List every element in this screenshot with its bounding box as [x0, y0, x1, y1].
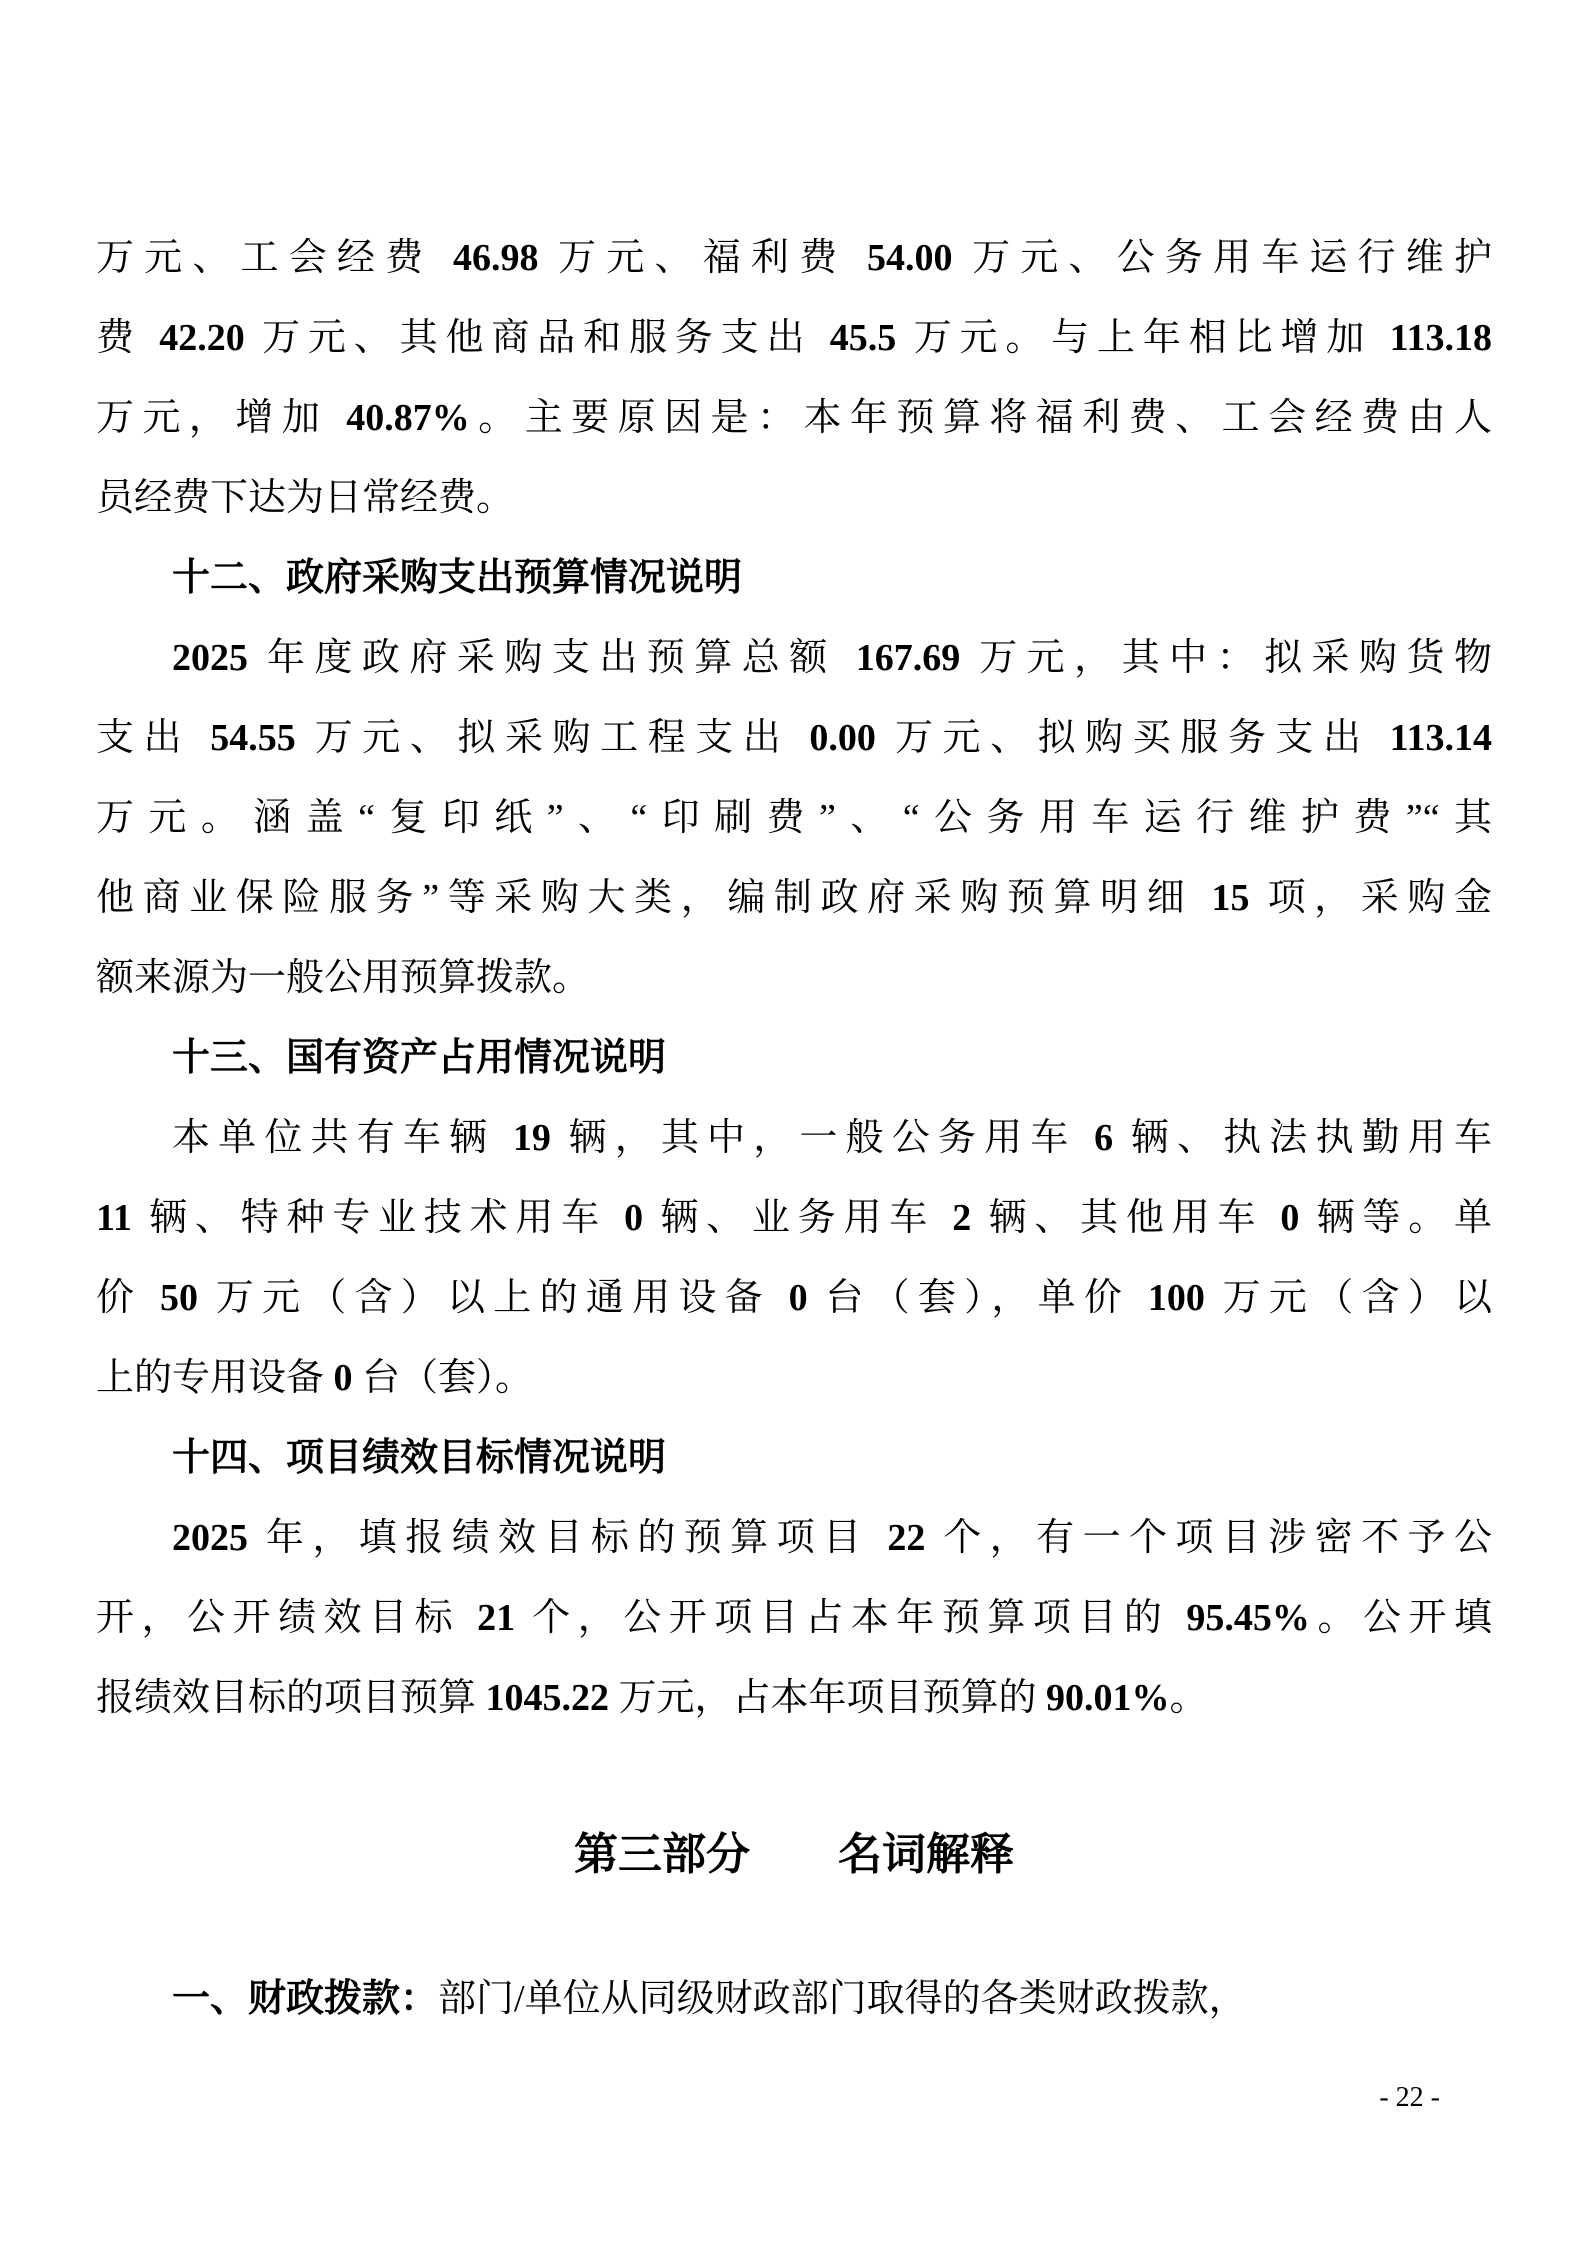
section-14-heading: 十四、项目绩效目标情况说明 [96, 1418, 1492, 1498]
body-line: 11 辆、特种专业技术用车 0 辆、业务用车 2 辆、其他用车 0 辆等。单 [96, 1178, 1492, 1258]
body-line: 报绩效目标的项目预算 1045.22 万元，占本年项目预算的 90.01%。 [96, 1658, 1492, 1738]
body-line: 支出 54.55 万元、拟采购工程支出 0.00 万元、拟购买服务支出 113.… [96, 698, 1492, 778]
body-line: 他商业保险服务”等采购大类，编制政府采购预算明细 15 项，采购金 [96, 858, 1492, 938]
glossary-term-line: 一、财政拨款：部门/单位从同级财政部门取得的各类财政拨款， [96, 1959, 1492, 2039]
body-line: 员经费下达为日常经费。 [96, 458, 1492, 538]
body-line: 万元，增加 40.87%。主要原因是：本年预算将福利费、工会经费由人 [96, 378, 1492, 458]
page-number: - 22 - [1379, 2084, 1440, 2112]
body-line: 额来源为一般公用预算拨款。 [96, 938, 1492, 1018]
body-line: 2025 年，填报绩效目标的预算项目 22 个，有一个项目涉密不予公 [96, 1498, 1492, 1578]
body-line: 费 42.20 万元、其他商品和服务支出 45.5 万元。与上年相比增加 113… [96, 298, 1492, 378]
part-three-title: 第三部分 名词解释 [96, 1815, 1492, 1895]
document-page: 万元、工会经费 46.98 万元、福利费 54.00 万元、公务用车运行维护 费… [0, 0, 1588, 2245]
body-line: 2025 年度政府采购支出预算总额 167.69 万元，其中：拟采购货物 [96, 618, 1492, 698]
body-line: 本单位共有车辆 19 辆，其中，一般公务用车 6 辆、执法执勤用车 [96, 1098, 1492, 1178]
body-line: 上的专用设备 0 台（套）。 [96, 1338, 1492, 1418]
body-line: 万元。涵盖“复印纸”、“印刷费”、“公务用车运行维护费”“其 [96, 778, 1492, 858]
section-12-heading: 十二、政府采购支出预算情况说明 [96, 538, 1492, 618]
body-line: 开，公开绩效目标 21 个，公开项目占本年预算项目的 95.45%。公开填 [96, 1578, 1492, 1658]
section-13-heading: 十三、国有资产占用情况说明 [96, 1018, 1492, 1098]
body-line: 万元、工会经费 46.98 万元、福利费 54.00 万元、公务用车运行维护 [96, 218, 1492, 298]
glossary-term-text: 部门/单位从同级财政部门取得的各类财政拨款， [438, 1978, 1247, 2020]
body-line: 价 50 万元（含）以上的通用设备 0 台（套），单价 100 万元（含）以 [96, 1258, 1492, 1338]
glossary-term-label: 一、财政拨款： [172, 1978, 438, 2020]
page-content: 万元、工会经费 46.98 万元、福利费 54.00 万元、公务用车运行维护 费… [96, 218, 1492, 2039]
